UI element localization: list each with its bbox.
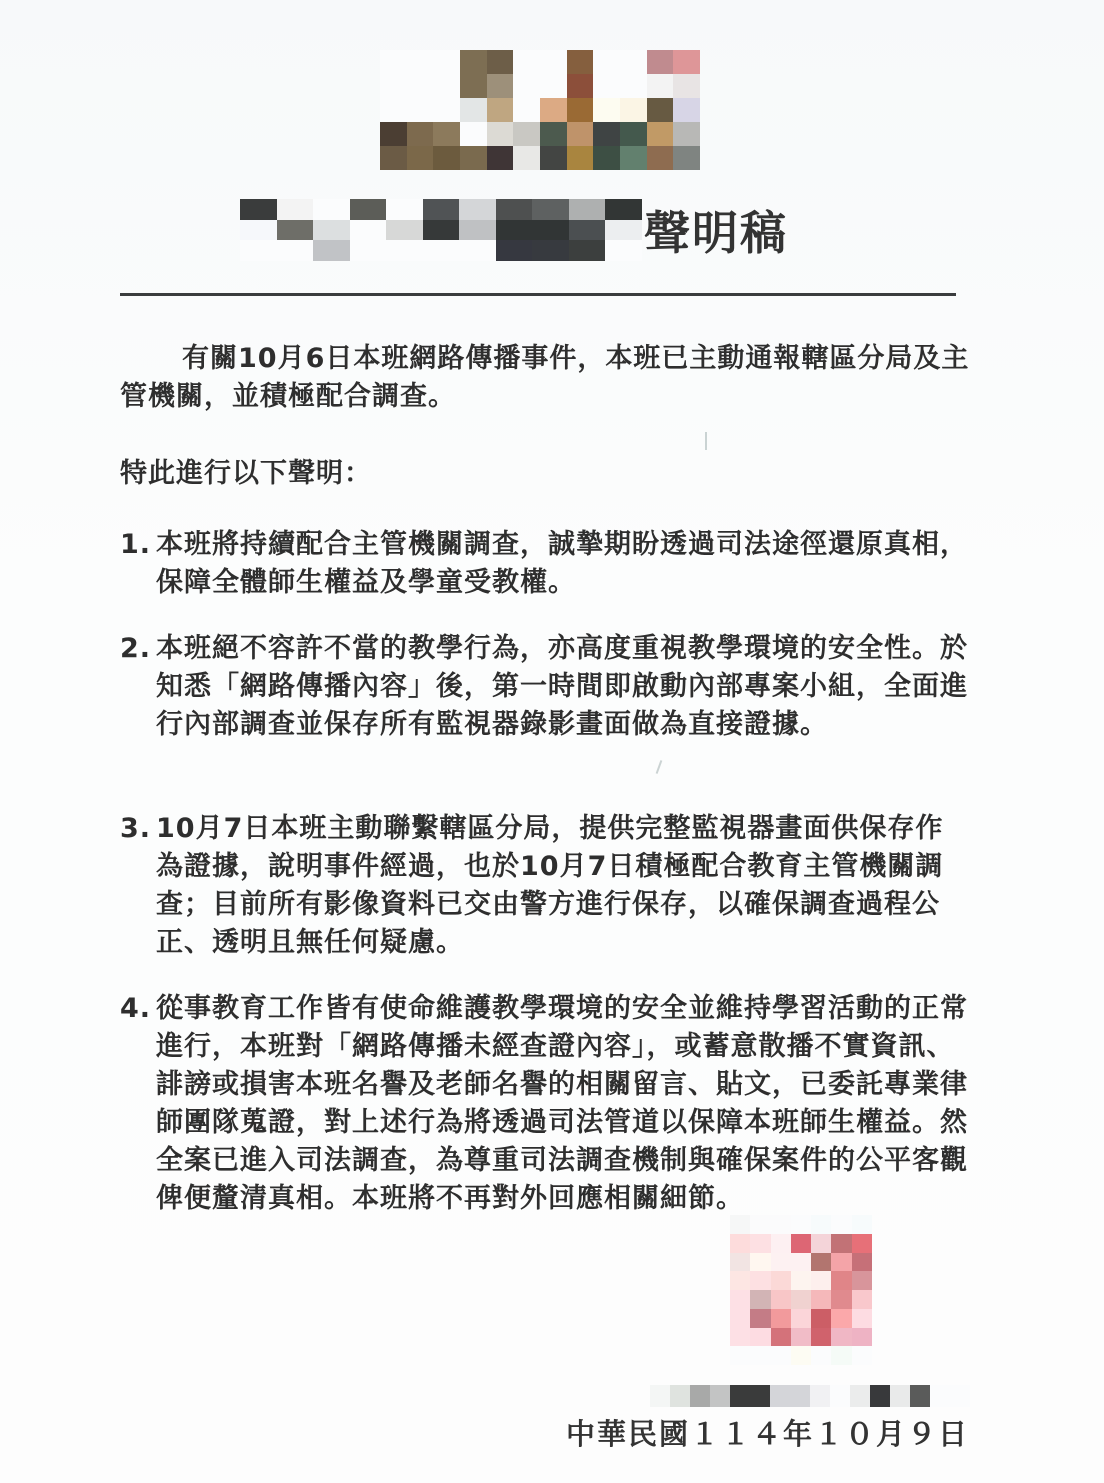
mosaic-cell bbox=[750, 1290, 770, 1309]
mosaic-cell bbox=[791, 1328, 811, 1347]
mosaic-cell bbox=[380, 98, 407, 122]
mosaic-cell bbox=[433, 98, 460, 122]
mosaic-cell bbox=[791, 1309, 811, 1328]
mosaic-cell bbox=[350, 199, 387, 220]
mosaic-cell bbox=[459, 220, 496, 241]
mosaic-cell bbox=[647, 74, 674, 98]
redacted-logo-mosaic bbox=[380, 50, 700, 170]
mosaic-cell bbox=[567, 122, 594, 146]
mosaic-cell bbox=[593, 50, 620, 74]
mosaic-cell bbox=[277, 220, 314, 241]
mosaic-cell bbox=[730, 1215, 750, 1234]
statement-item-1: 1. 本班將持續配合主管機關調查，誠摯期盼透過司法途徑還原真相，保障全體師生權益… bbox=[120, 526, 970, 602]
mosaic-cell bbox=[771, 1346, 791, 1365]
mosaic-cell bbox=[831, 1234, 851, 1253]
mosaic-cell bbox=[407, 98, 434, 122]
mosaic-cell bbox=[532, 240, 569, 261]
mosaic-cell bbox=[890, 1385, 910, 1407]
mosaic-cell bbox=[487, 98, 514, 122]
mosaic-cell bbox=[791, 1253, 811, 1272]
statement-document: 聲明稿 有關10月6日本班網路傳播事件，本班已主動通報轄區分局及主管機關，並積極… bbox=[0, 0, 1104, 1483]
mosaic-cell bbox=[771, 1328, 791, 1347]
mosaic-cell bbox=[433, 122, 460, 146]
mosaic-cell bbox=[433, 146, 460, 170]
lead-line: 特此進行以下聲明： bbox=[120, 455, 372, 493]
mosaic-cell bbox=[852, 1346, 872, 1365]
mosaic-cell bbox=[811, 1346, 831, 1365]
mosaic-cell bbox=[487, 50, 514, 74]
mosaic-cell bbox=[811, 1328, 831, 1347]
mosaic-cell bbox=[433, 74, 460, 98]
mosaic-cell bbox=[460, 98, 487, 122]
title-divider bbox=[120, 293, 956, 296]
mosaic-cell bbox=[870, 1385, 890, 1407]
item-number: 3. bbox=[120, 810, 156, 962]
mosaic-cell bbox=[487, 74, 514, 98]
item-text: 10月7日本班主動聯繫轄區分局，提供完整監視器畫面供保存作為證據，說明事件經過，… bbox=[156, 810, 970, 962]
mosaic-cell bbox=[240, 220, 277, 241]
mosaic-cell bbox=[831, 1253, 851, 1272]
mosaic-cell bbox=[930, 1385, 950, 1407]
mosaic-cell bbox=[852, 1215, 872, 1234]
mosaic-cell bbox=[730, 1385, 750, 1407]
mosaic-cell bbox=[830, 1385, 850, 1407]
mosaic-cell bbox=[620, 122, 647, 146]
mosaic-cell bbox=[569, 220, 606, 241]
mosaic-cell bbox=[593, 98, 620, 122]
mosaic-cell bbox=[852, 1271, 872, 1290]
mosaic-cell bbox=[487, 122, 514, 146]
mosaic-cell bbox=[496, 199, 533, 220]
mosaic-cell bbox=[380, 74, 407, 98]
mosaic-cell bbox=[771, 1234, 791, 1253]
mosaic-cell bbox=[605, 199, 642, 220]
mosaic-cell bbox=[950, 1385, 970, 1407]
mosaic-cell bbox=[771, 1309, 791, 1328]
mosaic-cell bbox=[407, 50, 434, 74]
mosaic-cell bbox=[647, 122, 674, 146]
mosaic-cell bbox=[540, 74, 567, 98]
mosaic-cell bbox=[240, 199, 277, 220]
mosaic-cell bbox=[407, 74, 434, 98]
mosaic-cell bbox=[380, 50, 407, 74]
item-text: 從事教育工作皆有使命維護教學環境的安全並維持學習活動的正常進行，本班對「網路傳播… bbox=[156, 990, 970, 1218]
mosaic-cell bbox=[750, 1346, 770, 1365]
mosaic-cell bbox=[513, 50, 540, 74]
mosaic-cell bbox=[730, 1234, 750, 1253]
mosaic-cell bbox=[673, 50, 700, 74]
mosaic-cell bbox=[386, 199, 423, 220]
item-text: 本班將持續配合主管機關調查，誠摯期盼透過司法途徑還原真相，保障全體師生權益及學童… bbox=[156, 526, 970, 602]
mosaic-cell bbox=[791, 1346, 811, 1365]
mosaic-cell bbox=[433, 50, 460, 74]
mosaic-cell bbox=[791, 1271, 811, 1290]
mosaic-cell bbox=[350, 220, 387, 241]
mosaic-cell bbox=[670, 1385, 690, 1407]
mosaic-cell bbox=[710, 1385, 730, 1407]
mosaic-cell bbox=[567, 50, 594, 74]
mosaic-cell bbox=[831, 1328, 851, 1347]
mosaic-cell bbox=[852, 1234, 872, 1253]
mosaic-cell bbox=[850, 1385, 870, 1407]
mosaic-cell bbox=[647, 146, 674, 170]
mosaic-cell bbox=[811, 1234, 831, 1253]
mosaic-cell bbox=[810, 1385, 830, 1407]
mosaic-cell bbox=[407, 146, 434, 170]
mosaic-cell bbox=[771, 1290, 791, 1309]
mosaic-cell bbox=[605, 220, 642, 241]
item-text: 本班絕不容許不當的教學行為，亦高度重視教學環境的安全性。於知悉「網路傳播內容」後… bbox=[156, 630, 970, 744]
mosaic-cell bbox=[567, 98, 594, 122]
paper-speck bbox=[705, 432, 707, 450]
mosaic-cell bbox=[852, 1328, 872, 1347]
mosaic-cell bbox=[540, 146, 567, 170]
mosaic-cell bbox=[831, 1271, 851, 1290]
mosaic-cell bbox=[750, 1271, 770, 1290]
mosaic-cell bbox=[386, 240, 423, 261]
redacted-title-mosaic bbox=[240, 199, 642, 261]
mosaic-cell bbox=[730, 1328, 750, 1347]
mosaic-cell bbox=[386, 220, 423, 241]
mosaic-cell bbox=[620, 50, 647, 74]
mosaic-cell bbox=[540, 50, 567, 74]
mosaic-cell bbox=[460, 146, 487, 170]
title-suffix: 聲明稿 bbox=[644, 197, 788, 263]
mosaic-cell bbox=[407, 122, 434, 146]
mosaic-cell bbox=[811, 1309, 831, 1328]
mosaic-cell bbox=[423, 240, 460, 261]
mosaic-cell bbox=[593, 122, 620, 146]
mosaic-cell bbox=[750, 1309, 770, 1328]
mosaic-cell bbox=[650, 1385, 670, 1407]
mosaic-cell bbox=[569, 240, 606, 261]
mosaic-cell bbox=[831, 1215, 851, 1234]
statement-item-2: 2. 本班絕不容許不當的教學行為，亦高度重視教學環境的安全性。於知悉「網路傳播內… bbox=[120, 630, 970, 744]
mosaic-cell bbox=[750, 1215, 770, 1234]
mosaic-cell bbox=[852, 1309, 872, 1328]
mosaic-cell bbox=[852, 1290, 872, 1309]
mosaic-cell bbox=[459, 199, 496, 220]
mosaic-cell bbox=[811, 1271, 831, 1290]
statement-item-3: 3. 10月7日本班主動聯繫轄區分局，提供完整監視器畫面供保存作為證據，說明事件… bbox=[120, 810, 970, 962]
mosaic-cell bbox=[673, 146, 700, 170]
mosaic-cell bbox=[460, 50, 487, 74]
mosaic-cell bbox=[380, 122, 407, 146]
mosaic-cell bbox=[277, 240, 314, 261]
mosaic-cell bbox=[459, 240, 496, 261]
mosaic-cell bbox=[313, 220, 350, 241]
mosaic-cell bbox=[730, 1346, 750, 1365]
mosaic-cell bbox=[811, 1253, 831, 1272]
mosaic-cell bbox=[423, 220, 460, 241]
mosaic-cell bbox=[673, 98, 700, 122]
mosaic-cell bbox=[852, 1253, 872, 1272]
item-number: 1. bbox=[120, 526, 156, 602]
mosaic-cell bbox=[791, 1215, 811, 1234]
mosaic-cell bbox=[593, 146, 620, 170]
document-title: 聲明稿 bbox=[240, 195, 788, 265]
mosaic-cell bbox=[567, 74, 594, 98]
mosaic-cell bbox=[532, 199, 569, 220]
mosaic-cell bbox=[771, 1215, 791, 1234]
mosaic-cell bbox=[240, 240, 277, 261]
mosaic-cell bbox=[569, 199, 606, 220]
mosaic-cell bbox=[350, 240, 387, 261]
mosaic-cell bbox=[540, 122, 567, 146]
mosaic-cell bbox=[790, 1385, 810, 1407]
mosaic-cell bbox=[771, 1271, 791, 1290]
paper-speck bbox=[656, 760, 663, 774]
mosaic-cell bbox=[770, 1385, 790, 1407]
mosaic-cell bbox=[423, 199, 460, 220]
mosaic-cell bbox=[277, 199, 314, 220]
mosaic-cell bbox=[532, 220, 569, 241]
mosaic-cell bbox=[831, 1309, 851, 1328]
item-number: 4. bbox=[120, 990, 156, 1218]
mosaic-cell bbox=[313, 199, 350, 220]
mosaic-cell bbox=[791, 1290, 811, 1309]
mosaic-cell bbox=[513, 74, 540, 98]
mosaic-cell bbox=[513, 98, 540, 122]
mosaic-cell bbox=[690, 1385, 710, 1407]
mosaic-cell bbox=[513, 122, 540, 146]
intro-paragraph: 有關10月6日本班網路傳播事件，本班已主動通報轄區分局及主管機關，並積極配合調查… bbox=[120, 340, 970, 416]
redacted-signature-mosaic bbox=[650, 1385, 970, 1407]
mosaic-cell bbox=[730, 1309, 750, 1328]
document-date: 中華民國１１４年１０月９日 bbox=[566, 1412, 969, 1453]
mosaic-cell bbox=[513, 146, 540, 170]
statement-item-4: 4. 從事教育工作皆有使命維護教學環境的安全並維持學習活動的正常進行，本班對「網… bbox=[120, 990, 970, 1218]
mosaic-cell bbox=[460, 122, 487, 146]
mosaic-cell bbox=[620, 98, 647, 122]
mosaic-cell bbox=[540, 98, 567, 122]
mosaic-cell bbox=[771, 1253, 791, 1272]
mosaic-cell bbox=[750, 1234, 770, 1253]
mosaic-cell bbox=[811, 1215, 831, 1234]
mosaic-cell bbox=[831, 1346, 851, 1365]
mosaic-cell bbox=[487, 146, 514, 170]
mosaic-cell bbox=[730, 1290, 750, 1309]
mosaic-cell bbox=[593, 74, 620, 98]
mosaic-cell bbox=[673, 122, 700, 146]
mosaic-cell bbox=[605, 240, 642, 261]
mosaic-cell bbox=[567, 146, 594, 170]
mosaic-cell bbox=[730, 1253, 750, 1272]
mosaic-cell bbox=[791, 1234, 811, 1253]
item-number: 2. bbox=[120, 630, 156, 744]
mosaic-cell bbox=[750, 1385, 770, 1407]
mosaic-cell bbox=[730, 1271, 750, 1290]
mosaic-cell bbox=[910, 1385, 930, 1407]
mosaic-cell bbox=[647, 50, 674, 74]
mosaic-cell bbox=[620, 74, 647, 98]
mosaic-cell bbox=[647, 98, 674, 122]
mosaic-cell bbox=[380, 146, 407, 170]
mosaic-cell bbox=[496, 220, 533, 241]
mosaic-cell bbox=[460, 74, 487, 98]
mosaic-cell bbox=[811, 1290, 831, 1309]
mosaic-cell bbox=[750, 1328, 770, 1347]
mosaic-cell bbox=[496, 240, 533, 261]
redacted-seal-mosaic bbox=[730, 1215, 872, 1365]
mosaic-cell bbox=[673, 74, 700, 98]
mosaic-cell bbox=[620, 146, 647, 170]
mosaic-cell bbox=[750, 1253, 770, 1272]
mosaic-cell bbox=[831, 1290, 851, 1309]
mosaic-cell bbox=[313, 240, 350, 261]
